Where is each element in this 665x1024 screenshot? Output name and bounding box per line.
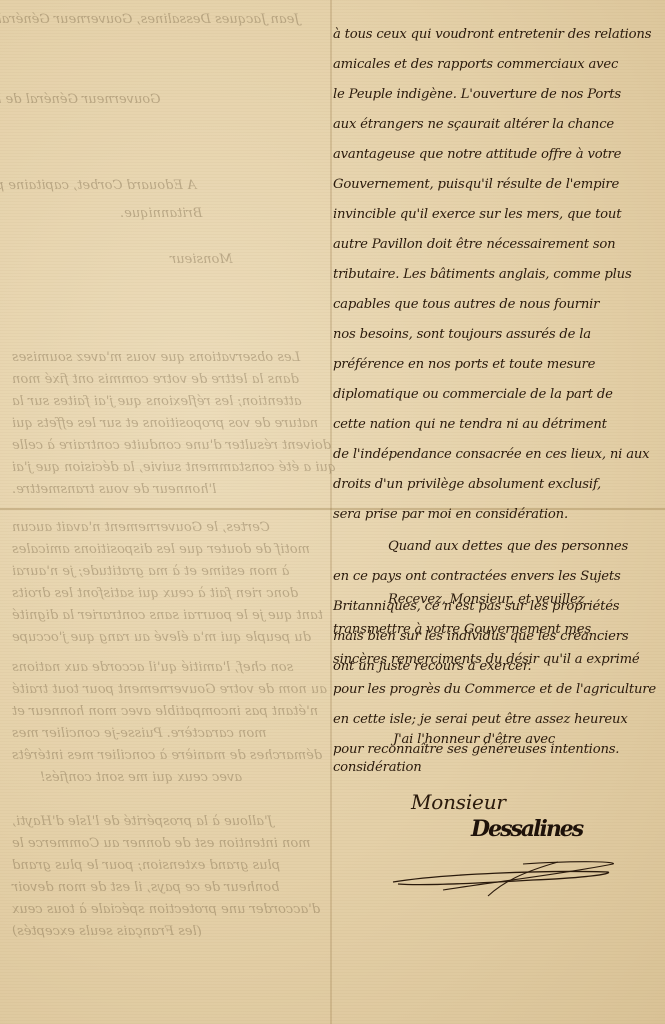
bleed-line: motif de douter que les dispositions ami… bbox=[12, 542, 310, 557]
letter-line: invincible qu'il exerce sur les mers, qu… bbox=[333, 207, 621, 222]
bleed-line: démarches de manière à concilier mes int… bbox=[12, 748, 322, 763]
letter-line: en cette isle; je serai peut être assez … bbox=[333, 712, 628, 727]
letter-line: transmettre à votre Gouvernement mes bbox=[333, 622, 591, 637]
bleed-line: l'honneur de vous transmettre. bbox=[12, 482, 216, 497]
bleed-line: à mon estime et à ma gratitude; je n'aur… bbox=[12, 564, 289, 579]
letter-line: avantageuse que notre attitude offre à v… bbox=[333, 147, 621, 162]
bleed-line: Certes, le Gouvernement n'avait aucun bbox=[12, 520, 270, 535]
letter-line: sera prise par moi en considération. bbox=[333, 507, 568, 522]
signature-flourish-icon bbox=[383, 812, 623, 902]
letter-line: sincères remerciments du désir qu'il a e… bbox=[333, 652, 640, 667]
bleed-line: Les observations que vous m'avez soumise… bbox=[12, 350, 300, 365]
bleed-line: Gouverneur Général de l'Isle bbox=[0, 92, 161, 107]
letter-line: droits d'un privilège absolument exclusi… bbox=[333, 477, 601, 492]
letter-line: de l'indépendance consacrée en ces lieux… bbox=[333, 447, 649, 462]
bleed-line: d'accorder une protection spéciale à tou… bbox=[12, 902, 320, 917]
bleed-line: mon caractère. Puisse-je concilier mes bbox=[12, 726, 267, 741]
bleed-line: donc rien fait à ceux qui satisfont les … bbox=[12, 586, 298, 601]
fold-crease-vertical bbox=[330, 0, 332, 1024]
bleed-line: avec ceux qui me sont confiés! bbox=[40, 770, 242, 785]
letter-line: cette nation qui ne tendra ni au détrime… bbox=[333, 417, 607, 432]
letter-line: Recevez, Monsieur, et veuillez bbox=[388, 592, 584, 607]
bleed-line: n'étant pas incompatible avec mon honneu… bbox=[12, 704, 318, 719]
manuscript-page: Jean Jacques Dessalines, Gouverneur Géné… bbox=[0, 0, 665, 1024]
bleed-line: A Edouard Corbet, capitaine près de sa M… bbox=[0, 178, 196, 193]
letter-line: amicales et des rapports commerciaux ave… bbox=[333, 57, 618, 72]
closing-line: J'ai l'honneur d'être avec bbox=[393, 732, 555, 747]
signature: Dessalines bbox=[423, 812, 663, 902]
letter-line: capables que tous autres de nous fournir bbox=[333, 297, 599, 312]
bleed-line: au nom de votre Gouvernement pour tout t… bbox=[12, 682, 327, 697]
closing-line: considération bbox=[333, 760, 422, 775]
letter-line: pour les progrès du Commerce et de l'agr… bbox=[333, 682, 656, 697]
letter-line: nos besoins, sont toujours assurés de la bbox=[333, 327, 591, 342]
bleed-line: qui a été constamment suivie, la décisio… bbox=[12, 460, 336, 475]
bleed-line: du peuple qui m'a élevé au rang que j'oc… bbox=[12, 630, 311, 645]
bleed-through-text: Jean Jacques Dessalines, Gouverneur Géné… bbox=[0, 0, 330, 1024]
bleed-line: Jean Jacques Dessalines, Gouverneur Géné… bbox=[0, 12, 300, 27]
letter-line: tributaire. Les bâtiments anglais, comme… bbox=[333, 267, 632, 282]
bleed-line: dans la lettre de votre commis ont fixé … bbox=[12, 372, 299, 387]
bleed-line: plus grand extension; pour le plus grand bbox=[12, 858, 280, 873]
letter-line: Gouvernement, puisqu'il résulte de l'emp… bbox=[333, 177, 619, 192]
bleed-line: mon intention est de donner au Commerce … bbox=[12, 836, 311, 851]
bleed-line: son chef, l'amitié qu'il accorde aux nat… bbox=[12, 660, 293, 675]
letter-line: autre Pavillon doit être nécessairement … bbox=[333, 237, 615, 252]
bleed-line: tant que je le pourrai sans contrarier l… bbox=[12, 608, 323, 623]
letter-line: le Peuple indigène. L'ouverture de nos P… bbox=[333, 87, 621, 102]
letter-line: à tous ceux qui voudront entretenir des … bbox=[333, 27, 651, 42]
bleed-line: (les Français seuls exceptés) bbox=[12, 924, 202, 939]
letter-line: en ce pays ont contractées envers les Su… bbox=[333, 569, 621, 584]
bleed-line: J'alloue à la prospérité de l'Isle d'Hay… bbox=[12, 814, 273, 829]
bleed-line: attention; les réflexions que j'ai faite… bbox=[12, 394, 302, 409]
letter-line: Quand aux dettes que des personnes bbox=[388, 539, 628, 554]
bleed-line: doivent résulter d'une conduite contrair… bbox=[12, 438, 331, 453]
letter-line: préférence en nos ports et toute mesure bbox=[333, 357, 595, 372]
bleed-line: Britannique. bbox=[120, 206, 202, 221]
salutation-monsieur: Monsieur bbox=[411, 790, 506, 814]
letter-line: diplomatique ou commerciale de la part d… bbox=[333, 387, 613, 402]
letter-line: aux étrangers ne sçaurait altérer la cha… bbox=[333, 117, 614, 132]
bleed-line: Monsieur bbox=[170, 252, 233, 267]
bleed-line: bonheur de ce pays, il est de mon devoir bbox=[12, 880, 279, 895]
bleed-line: nature de vos propositions et sur les ef… bbox=[12, 416, 318, 431]
